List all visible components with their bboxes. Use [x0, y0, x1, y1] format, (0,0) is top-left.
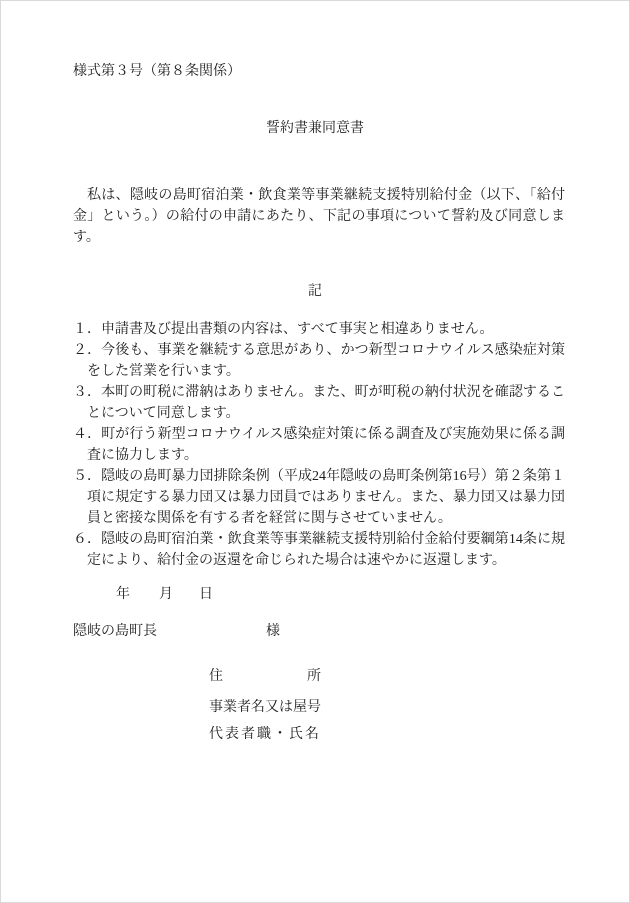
pledge-item-2: ２．今後も、事業を継続する意思があり、かつ新型コロナウイルス感染症対策をした営業…	[73, 340, 565, 382]
addressee-name: 隠岐の島町長	[73, 624, 157, 639]
date-line: 年月日	[116, 584, 629, 605]
pledge-item-6-text: 隠岐の島町宿泊業・飲食業等事業継続支援特別給付金給付要綱第14条に規定により、給…	[87, 532, 565, 568]
pledge-list: １．申請書及び提出書類の内容は、すべて事実と相違ありません。 ２．今後も、事業を…	[73, 319, 565, 571]
signature-block: 住 所 事業者名又は屋号 代表者職・氏名	[209, 666, 629, 745]
pledge-item-4-number: ４．	[73, 427, 101, 442]
pledge-item-6-number: ６．	[73, 532, 101, 547]
pledge-item-1-text: 申請書及び提出書類の内容は、すべて事実と相違ありません。	[101, 322, 494, 337]
document-title: 誓約書兼同意書	[1, 118, 629, 139]
pledge-item-2-text: 今後も、事業を継続する意思があり、かつ新型コロナウイルス感染症対策をした営業を行…	[87, 343, 565, 379]
pledge-item-4: ４．町が行う新型コロナウイルス感染症対策に係る調査及び実施効果に係る調査に協力し…	[73, 424, 565, 466]
section-marker: 記	[1, 281, 629, 302]
representative-field-label: 代表者職・氏名	[209, 724, 629, 745]
pledge-item-4-text: 町が行う新型コロナウイルス感染症対策に係る調査及び実施効果に係る調査に協力します…	[87, 427, 565, 463]
pledge-document-page: 様式第３号（第８条関係） 誓約書兼同意書 私は、隠岐の島町宿泊業・飲食業等事業継…	[0, 0, 630, 903]
pledge-item-1-number: １．	[73, 322, 101, 337]
date-year-label: 年	[116, 587, 130, 602]
addressee-honorific: 様	[266, 624, 280, 639]
form-number: 様式第３号（第８条関係）	[73, 61, 629, 82]
addressee-line: 隠岐の島町長様	[73, 621, 629, 642]
pledge-item-5: ５．隠岐の島町暴力団排除条例（平成24年隠岐の島町条例第16号）第２条第１項に規…	[73, 466, 565, 529]
pledge-item-1: １．申請書及び提出書類の内容は、すべて事実と相違ありません。	[73, 319, 565, 340]
date-month-label: 月	[159, 587, 173, 602]
pledge-item-2-number: ２．	[73, 343, 101, 358]
address-field-label: 住 所	[209, 666, 629, 687]
pledge-item-5-number: ５．	[73, 469, 101, 484]
date-day-label: 日	[199, 587, 213, 602]
intro-paragraph: 私は、隠岐の島町宿泊業・飲食業等事業継続支援特別給付金（以下、「給付金」という。…	[73, 185, 565, 248]
pledge-item-3-text: 本町の町税に滞納はありません。また、町が町税の納付状況を確認することについて同意…	[87, 385, 565, 421]
pledge-item-3: ３．本町の町税に滞納はありません。また、町が町税の納付状況を確認することについて…	[73, 382, 565, 424]
pledge-item-6: ６．隠岐の島町宿泊業・飲食業等事業継続支援特別給付金給付要綱第14条に規定により…	[73, 529, 565, 571]
business-name-field-label: 事業者名又は屋号	[209, 697, 629, 718]
pledge-item-3-number: ３．	[73, 385, 101, 400]
pledge-item-5-text: 隠岐の島町暴力団排除条例（平成24年隠岐の島町条例第16号）第２条第１項に規定す…	[87, 469, 565, 526]
